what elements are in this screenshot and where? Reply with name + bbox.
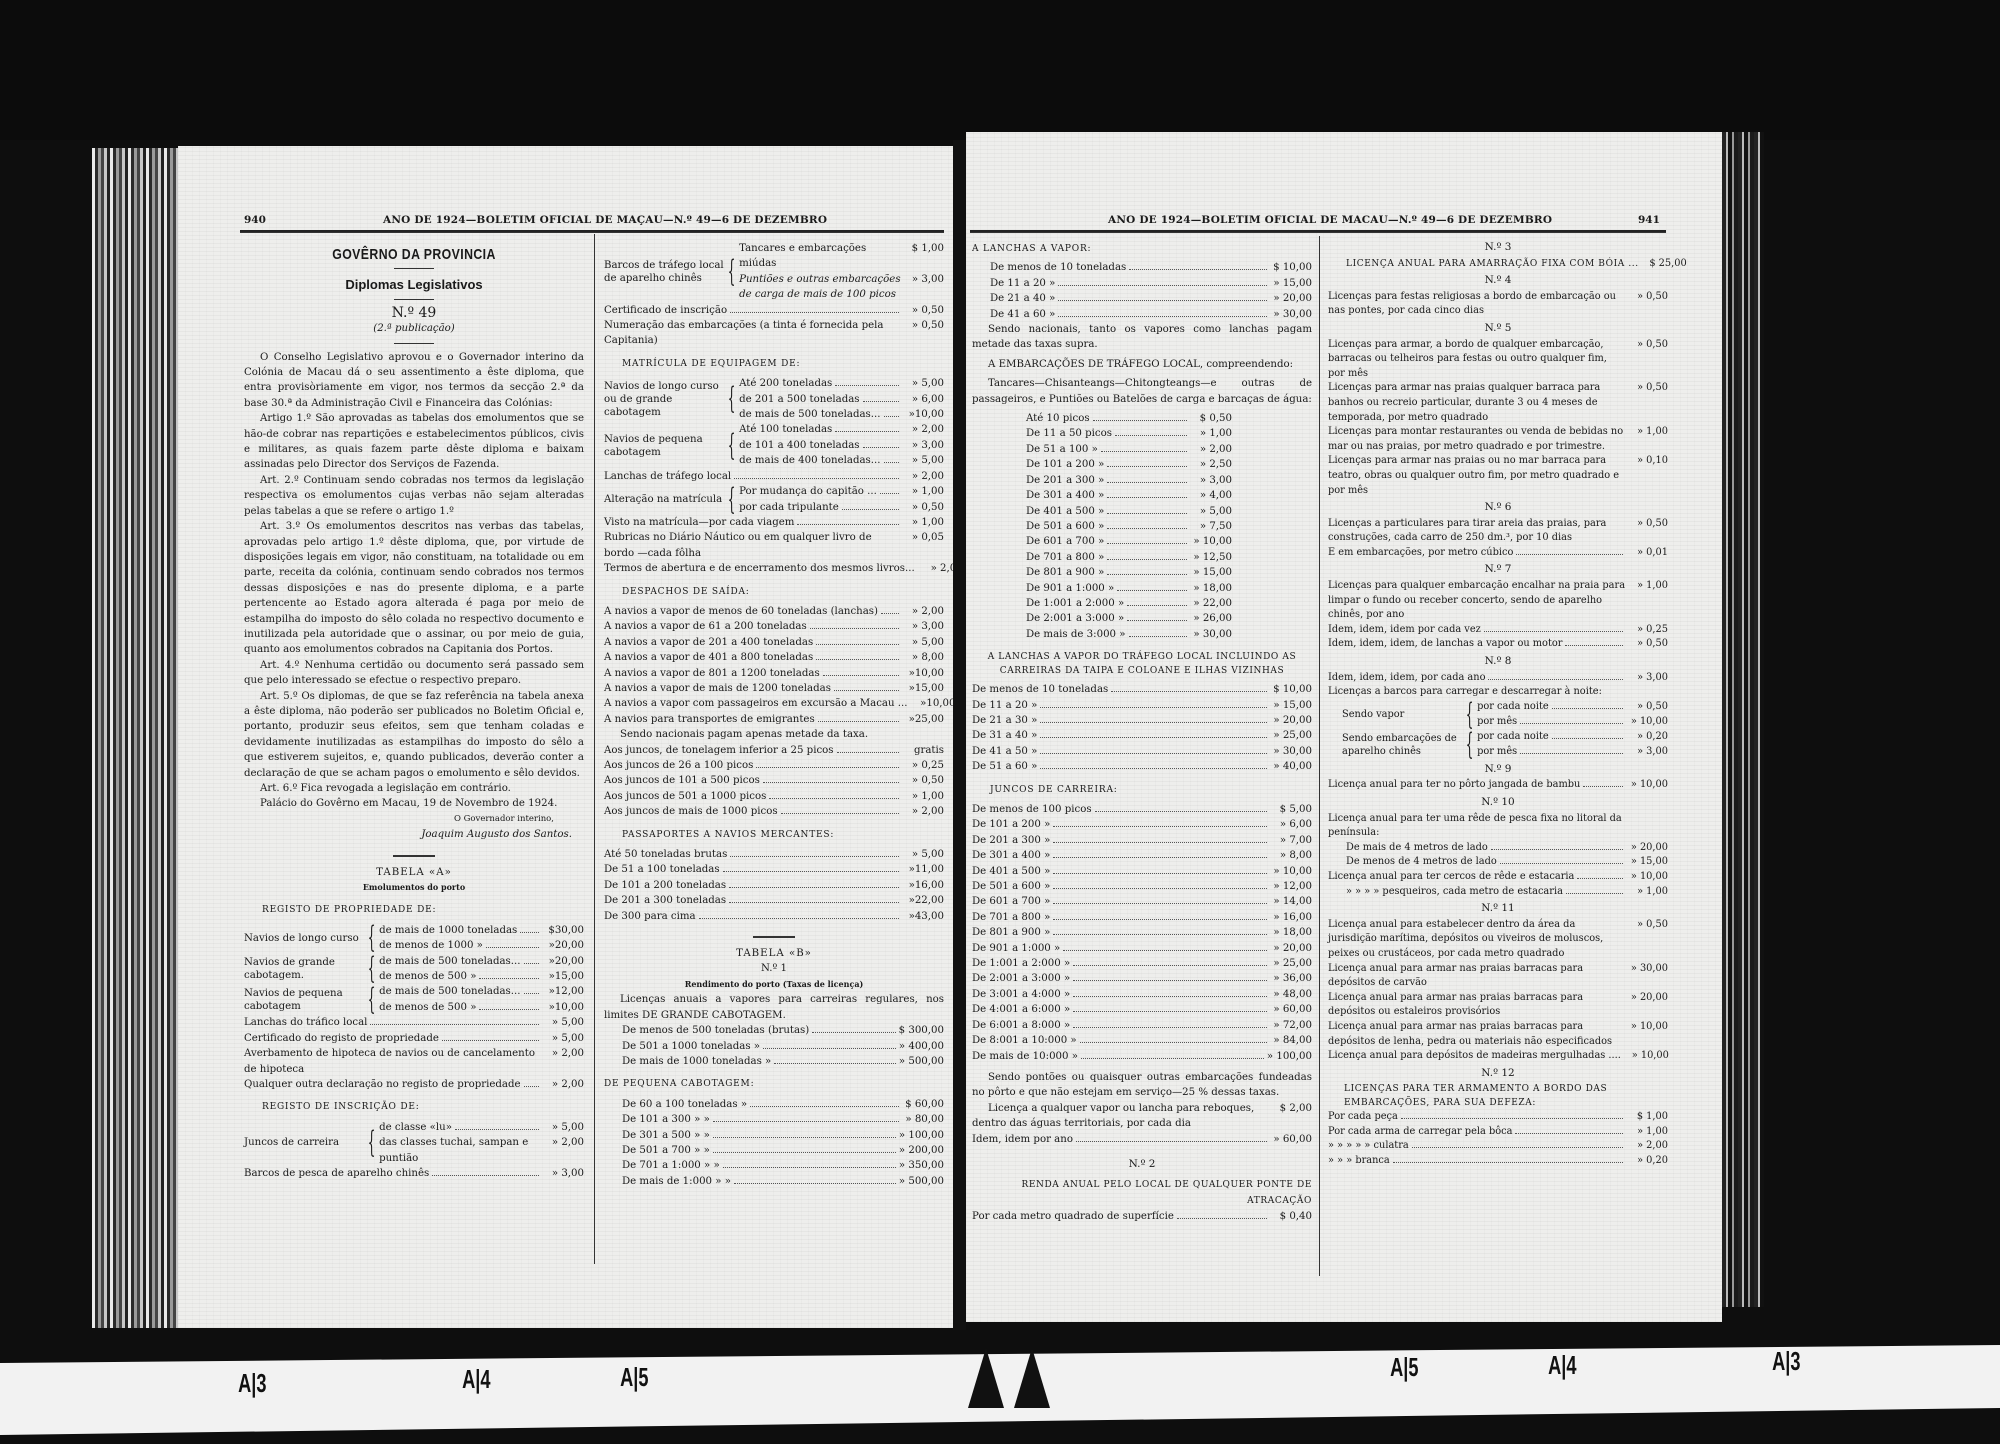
table-row: De 801 a 900 »» 15,00 xyxy=(1026,565,1232,580)
table-row: » » » » » culatra» 2,00 xyxy=(1328,1139,1668,1154)
table-row: De 2:001 a 3:000 »» 36,00 xyxy=(972,971,1312,986)
table-row: Licenças para montar restaurantes ou ven… xyxy=(1328,425,1668,454)
table-row: Averbamento de hipoteca de navios ou de … xyxy=(244,1046,584,1077)
table-row: A navios a vapor de 61 a 200 toneladas» … xyxy=(604,619,944,634)
table-row: Visto na matrícula—por cada viagem» 1,00 xyxy=(604,515,944,530)
table-row: Licença anual para ter cercos de rêde e … xyxy=(1328,870,1668,885)
left-column-2: Barcos de tráfego local de aparelho chin… xyxy=(604,241,944,1189)
table-row: De mais de 3:000 »» 30,00 xyxy=(1026,627,1232,642)
paragraph: Tancares—Chisanteangs—Chitongteangs—e ou… xyxy=(972,376,1312,407)
table-row: De 21 a 40 »» 20,00 xyxy=(972,291,1312,306)
table-row: De 901 a 1:000 »» 20,00 xyxy=(972,941,1312,956)
table-b-number: N.º 1 xyxy=(604,961,944,976)
column-rule xyxy=(594,234,595,1264)
table-row: De 300 para cima»43,00 xyxy=(604,909,944,924)
table-row: De 701 a 800 »» 12,50 xyxy=(1026,550,1232,565)
paragraph: O Conselho Legislativo aprovou e o Gover… xyxy=(244,350,584,412)
table-row: De mais de 4 metros de lado» 20,00 xyxy=(1328,841,1668,856)
table-row: E em embarcações, por metro cúbico» 0,01 xyxy=(1328,546,1668,561)
paragraph: Art. 6.º Fica revogada a legislação em c… xyxy=(244,781,584,796)
section-number: N.º 5 xyxy=(1328,321,1668,336)
table-row: Barcos de pesca de aparelho chinês» 3,00 xyxy=(244,1166,584,1181)
table-row: De 6:001 a 8:000 »» 72,00 xyxy=(972,1018,1312,1033)
table-row: De 101 a 200 »» 2,50 xyxy=(1026,457,1232,472)
table-row: De 601 a 700 »» 14,00 xyxy=(972,894,1312,909)
brace-group: Navios de longo curso { de mais de 1000 … xyxy=(244,923,584,954)
brace-group: Sendo embarcações de aparelho chinês { p… xyxy=(1328,730,1668,760)
film-border-top xyxy=(0,0,2000,140)
table-row: De 21 a 30 »» 20,00 xyxy=(972,713,1312,728)
page-number: 941 xyxy=(1638,214,1660,226)
table-row: » » » branca» 0,20 xyxy=(1328,1154,1668,1169)
table-row: De 60 a 100 toneladas »$ 60,00 xyxy=(604,1097,944,1112)
table-row: De 201 a 300 toneladas»22,00 xyxy=(604,893,944,908)
table-b-title: TABELA «B» xyxy=(604,946,944,961)
brace-group: Navios de grande cabotagem. { de mais de… xyxy=(244,954,584,985)
table-row: De 3:001 a 4:000 »» 48,00 xyxy=(972,987,1312,1002)
section-heading: JUNCOS DE CARREIRA: xyxy=(990,783,1312,798)
table-row: Licenças para festas religiosas a bordo … xyxy=(1328,290,1668,319)
subtitle: Diplomas Legislativos xyxy=(244,277,584,292)
table-row: Por cada metro quadrado de superfície$ 0… xyxy=(972,1209,1312,1224)
film-marker: A|3 xyxy=(238,1368,266,1399)
section-heading: DESPACHOS DE SAÍDA: xyxy=(622,585,944,600)
table-row: Licença anual para armar nas praias barr… xyxy=(1328,991,1668,1020)
film-marker: A|4 xyxy=(462,1364,490,1395)
table-row: De 301 a 500 » »» 100,00 xyxy=(604,1128,944,1143)
table-row: Certificado de inscrição» 0,50 xyxy=(604,303,944,318)
running-head: ANO DE 1924—BOLETIM OFICIAL DE MAÇAU—N.º… xyxy=(383,214,827,226)
brace-group: Juncos de carreira { de classe «lu»» 5,0… xyxy=(244,1120,584,1166)
table-row: Certificado do registo de propriedade» 5… xyxy=(244,1031,584,1046)
right-column-1: A LANCHAS A VAPOR: De menos de 10 tonela… xyxy=(972,242,1312,1225)
divider xyxy=(393,855,435,857)
film-marker: A|3 xyxy=(1772,1346,1800,1377)
table-row: A navios para transportes de emigrantes»… xyxy=(604,712,944,727)
table-row: De mais de 10:000 »» 100,00 xyxy=(972,1049,1312,1064)
table-row: De 201 a 300 »» 3,00 xyxy=(1026,473,1232,488)
table-row: De 41 a 60 »» 30,00 xyxy=(972,307,1312,322)
section-number: N.º 6 xyxy=(1328,500,1668,515)
section-heading: DE PEQUENA CABOTAGEM: xyxy=(604,1077,944,1092)
header-rule xyxy=(970,230,1666,233)
table-row: De menos de 500 toneladas (brutas)$ 300,… xyxy=(604,1023,944,1038)
table-row: A navios a vapor de 801 a 1200 toneladas… xyxy=(604,666,944,681)
diploma-number: N.º 49 xyxy=(244,306,584,321)
signature-name: Joaquim Augusto dos Santos. xyxy=(244,827,584,842)
table-row: Qualquer outra declaração no registo de … xyxy=(244,1077,584,1092)
table-row: De 11 a 20 »» 15,00 xyxy=(972,698,1312,713)
section-number: N.º 2 xyxy=(972,1157,1312,1172)
section-heading: RENDA ANUAL PELO LOCAL DE QUALQUER PONTE… xyxy=(972,1178,1312,1209)
table-row: Aos juncos de mais de 1000 picos» 2,00 xyxy=(604,804,944,819)
table-a-title: TABELA «A» xyxy=(244,865,584,880)
paragraph: Art. 2.º Continuam sendo cobradas nos te… xyxy=(244,473,584,519)
table-row: Idem, idem por ano» 60,00 xyxy=(972,1132,1312,1147)
section-number: N.º 8 xyxy=(1328,654,1668,669)
note: Sendo pontões ou quaisquer outras embarc… xyxy=(972,1070,1312,1101)
section-number: N.º 11 xyxy=(1328,901,1668,916)
table-row: De 51 a 60 »» 40,00 xyxy=(972,759,1312,774)
note: Sendo nacionais pagam apenas metade da t… xyxy=(604,727,944,742)
film-marker: A|5 xyxy=(620,1362,648,1393)
column-rule xyxy=(1319,236,1320,1276)
table-row: LICENÇA ANUAL PARA AMARRAÇÃO FIXA COM BÓ… xyxy=(1328,257,1668,272)
table-row: De 101 a 200 toneladas»16,00 xyxy=(604,878,944,893)
book-gutter xyxy=(953,140,966,1330)
table-row: Até 50 toneladas brutas» 5,00 xyxy=(604,847,944,862)
table-b-intro: Licenças anuais a vapores para carreiras… xyxy=(604,992,944,1023)
table-a-subtitle: Emolumentos do porto xyxy=(244,880,584,895)
table-row: De 801 a 900 »» 18,00 xyxy=(972,925,1312,940)
table-row: Aos juncos de 501 a 1000 picos» 1,00 xyxy=(604,789,944,804)
table-row: Licenças para qualquer embarcação encalh… xyxy=(1328,579,1668,623)
brace-group: Navios de pequena cabotagem { Até 100 to… xyxy=(604,422,944,468)
table-row: De 501 a 600 »» 12,00 xyxy=(972,879,1312,894)
section-heading: REGISTO DE INSCRIÇÃO DE: xyxy=(262,1100,584,1115)
table-row: De 701 a 800 »» 16,00 xyxy=(972,910,1312,925)
table-row: De 31 a 40 »» 25,00 xyxy=(972,728,1312,743)
signature-title: O Governador interino, xyxy=(244,812,584,827)
paragraph: Palácio do Govêrno em Macau, 19 de Novem… xyxy=(244,796,584,811)
right-page: ANO DE 1924—BOLETIM OFICIAL DE MACAU—N.º… xyxy=(966,132,1722,1322)
table-row: Lanchas de tráfego local» 2,00 xyxy=(604,469,944,484)
table-row: De 41 a 50 »» 30,00 xyxy=(972,744,1312,759)
table-row: De 301 a 400 »» 4,00 xyxy=(1026,488,1232,503)
running-head: ANO DE 1924—BOLETIM OFICIAL DE MACAU—N.º… xyxy=(1108,214,1552,226)
table-row: A navios a vapor de mais de 1200 tonelad… xyxy=(604,681,944,696)
film-notch-left xyxy=(968,1348,1004,1408)
table-row: De 11 a 50 picos» 1,00 xyxy=(1026,426,1232,441)
table-row: De menos de 4 metros de lado» 15,00 xyxy=(1328,855,1668,870)
publication-note: (2.ª publicação) xyxy=(244,321,584,336)
table-row: De 11 a 20 »» 15,00 xyxy=(972,276,1312,291)
table-row: Por cada peça$ 1,00 xyxy=(1328,1110,1668,1125)
table-row: Até 10 picos$ 0,50 xyxy=(1026,411,1232,426)
table-row: Idem, idem, idem por cada vez» 0,25 xyxy=(1328,623,1668,638)
table-row: Licença anual para armar nas praias barr… xyxy=(1328,1020,1668,1049)
table-row: De mais de 1:000 » »» 500,00 xyxy=(604,1174,944,1189)
table-row: Licenças para armar nas praias ou no mar… xyxy=(1328,454,1668,498)
table-row: De 101 a 300 » »» 80,00 xyxy=(604,1112,944,1127)
section-heading: REGISTO DE PROPRIEDADE DE: xyxy=(262,903,584,918)
table-row: Licença anual para armar nas praias barr… xyxy=(1328,962,1668,991)
section-heading: MATRÍCULA DE EQUIPAGEM DE: xyxy=(622,357,944,372)
table-row: Licença anual para estabelecer dentro da… xyxy=(1328,918,1668,962)
table-row: Licenças a particulares para tirar areia… xyxy=(1328,517,1668,546)
table-row: De 401 a 500 »» 5,00 xyxy=(1026,504,1232,519)
table-row: A navios a vapor de 201 a 400 toneladas»… xyxy=(604,635,944,650)
table-row: De menos de 10 toneladas$ 10,00 xyxy=(972,260,1312,275)
paragraph: Art. 3.º Os emolumentos descritos nas ve… xyxy=(244,519,584,658)
section-number: N.º 7 xyxy=(1328,562,1668,577)
section-heading: LICENÇAS PARA TER ARMAMENTO A BORDO DAS … xyxy=(1328,1082,1668,1110)
table-row: » » » » pesqueiros, cada metro de estaca… xyxy=(1328,885,1668,900)
section-number: N.º 10 xyxy=(1328,795,1668,810)
table-row: De menos de 10 toneladas$ 10,00 xyxy=(972,682,1312,697)
brace-group: Barcos de tráfego local de aparelho chin… xyxy=(604,241,944,303)
note: Sendo nacionais, tanto os vapores como l… xyxy=(972,322,1312,353)
table-row: De 1:001 a 2:000 »» 22,00 xyxy=(1026,596,1232,611)
table-row: Termos de abertura e de encerramento dos… xyxy=(604,561,944,576)
table-row: Por cada arma de carregar pela bôca» 1,0… xyxy=(1328,1125,1668,1140)
table-row: Lanchas do tráfico local» 5,00 xyxy=(244,1015,584,1030)
section-number: N.º 9 xyxy=(1328,762,1668,777)
paragraph: Licenças a barcos para carregar e descar… xyxy=(1328,685,1668,700)
brace-group: Sendo vapor { por cada noite» 0,50 por m… xyxy=(1328,700,1668,730)
table-row: Idem, idem, idem, por cada ano» 3,00 xyxy=(1328,671,1668,686)
book-edge-right xyxy=(1722,132,1764,1307)
table-row: De mais de 1000 toneladas »» 500,00 xyxy=(604,1054,944,1069)
juncos-table: De menos de 100 picos$ 5,00 De 101 a 200… xyxy=(972,802,1312,1064)
right-column-2: N.º 3 LICENÇA ANUAL PARA AMARRAÇÃO FIXA … xyxy=(1328,238,1668,1169)
paragraph: Licença anual para ter uma rêde de pesca… xyxy=(1328,812,1668,841)
table-row: De 8:001 a 10:000 »» 84,00 xyxy=(972,1033,1312,1048)
film-marker: A|5 xyxy=(1390,1352,1418,1383)
table-row: Aos juncos de 101 a 500 picos» 0,50 xyxy=(604,773,944,788)
table-row: De 901 a 1:000 »» 18,00 xyxy=(1026,581,1232,596)
trafego-local-table: Até 10 picos$ 0,50 De 11 a 50 picos» 1,0… xyxy=(972,407,1312,642)
table-row: De 1:001 a 2:000 »» 25,00 xyxy=(972,956,1312,971)
section-heading: PASSAPORTES A NAVIOS MERCANTES: xyxy=(622,828,944,843)
table-row: Licenças para armar, a bordo de qualquer… xyxy=(1328,338,1668,382)
section-number: N.º 4 xyxy=(1328,273,1668,288)
table-row: Licenças para armar nas praias qualquer … xyxy=(1328,381,1668,425)
left-column-1: GOVÊRNO DA PROVINCIA Diplomas Legislativ… xyxy=(244,241,584,1181)
table-row: De 401 a 500 »» 10,00 xyxy=(972,864,1312,879)
table-row: Rubricas no Diário Náutico ou em qualque… xyxy=(604,530,944,561)
table-row: De 2:001 a 3:000 »» 26,00 xyxy=(1026,611,1232,626)
brace-group: Navios de longo curso ou de grande cabot… xyxy=(604,376,944,422)
table-row: De 201 a 300 »» 7,00 xyxy=(972,833,1312,848)
film-marker: A|4 xyxy=(1548,1350,1576,1381)
paragraph: Art. 4.º Nenhuma certidão ou documento s… xyxy=(244,658,584,689)
table-row: De 701 a 1:000 » »» 350,00 xyxy=(604,1158,944,1173)
paragraph: Art. 5.º Os diplomas, de que se faz refe… xyxy=(244,689,584,781)
paragraph: Artigo 1.º São aprovadas as tabelas dos … xyxy=(244,411,584,473)
table-row: De 501 a 700 » »» 200,00 xyxy=(604,1143,944,1158)
table-row: Licença anual para ter no pôrto jangada … xyxy=(1328,778,1668,793)
table-b-subtitle: Rendimento do porto (Taxas de licença) xyxy=(604,977,944,992)
table-row: A navios a vapor de menos de 60 tonelada… xyxy=(604,604,944,619)
table-row: Numeração das embarcações (a tinta é for… xyxy=(604,318,944,349)
table-row: De 601 a 700 »» 10,00 xyxy=(1026,534,1232,549)
table-row: Aos juncos de 26 a 100 picos» 0,25 xyxy=(604,758,944,773)
table-row: Licença a qualquer vapor ou lancha para … xyxy=(972,1101,1312,1132)
table-row: Aos juncos, de tonelagem inferior a 25 p… xyxy=(604,743,944,758)
lanchas-local-table: De menos de 10 toneladas$ 10,00 De 11 a … xyxy=(972,682,1312,774)
table-row: De 301 a 400 »» 8,00 xyxy=(972,848,1312,863)
film-notch-right xyxy=(1014,1348,1050,1408)
table-row: Idem, idem, idem, de lanchas a vapor ou … xyxy=(1328,637,1668,652)
section-title: GOVÊRNO DA PROVINCIA xyxy=(275,247,554,262)
table-row: Licença anual para depósitos de madeiras… xyxy=(1328,1049,1668,1064)
table-row: De 101 a 200 »» 6,00 xyxy=(972,817,1312,832)
table-row: De 51 a 100 toneladas»11,00 xyxy=(604,862,944,877)
divider xyxy=(394,299,434,300)
table-row: A navios a vapor com passageiros em excu… xyxy=(604,696,944,711)
divider xyxy=(394,343,434,344)
section-heading: A LANCHAS A VAPOR: xyxy=(972,242,1312,257)
table-row: A navios a vapor de 401 a 800 toneladas»… xyxy=(604,650,944,665)
section-heading: A EMBARCAÇÕES DE TRÁFEGO LOCAL, compreen… xyxy=(972,357,1312,372)
section-number: N.º 3 xyxy=(1328,240,1668,255)
divider xyxy=(753,936,795,938)
brace-group: Alteração na matrícula { Por mudança do … xyxy=(604,484,944,515)
brace-group: Navios de pequena cabotagem { de mais de… xyxy=(244,984,584,1015)
divider xyxy=(394,268,434,269)
left-page: 940 ANO DE 1924—BOLETIM OFICIAL DE MAÇAU… xyxy=(178,146,953,1328)
section-number: N.º 12 xyxy=(1328,1066,1668,1081)
table-row: De 51 a 100 »» 2,00 xyxy=(1026,442,1232,457)
table-row: De 501 a 1000 toneladas »» 400,00 xyxy=(604,1039,944,1054)
table-row: De 4:001 a 6:000 »» 60,00 xyxy=(972,1002,1312,1017)
table-row: De menos de 100 picos$ 5,00 xyxy=(972,802,1312,817)
table-row: De 501 a 600 »» 7,50 xyxy=(1026,519,1232,534)
page-number: 940 xyxy=(244,214,266,226)
section-heading: A LANCHAS A VAPOR DO TRÁFEGO LOCAL INCLU… xyxy=(972,650,1312,678)
header-rule xyxy=(240,230,944,233)
book-edge-left xyxy=(92,148,178,1328)
